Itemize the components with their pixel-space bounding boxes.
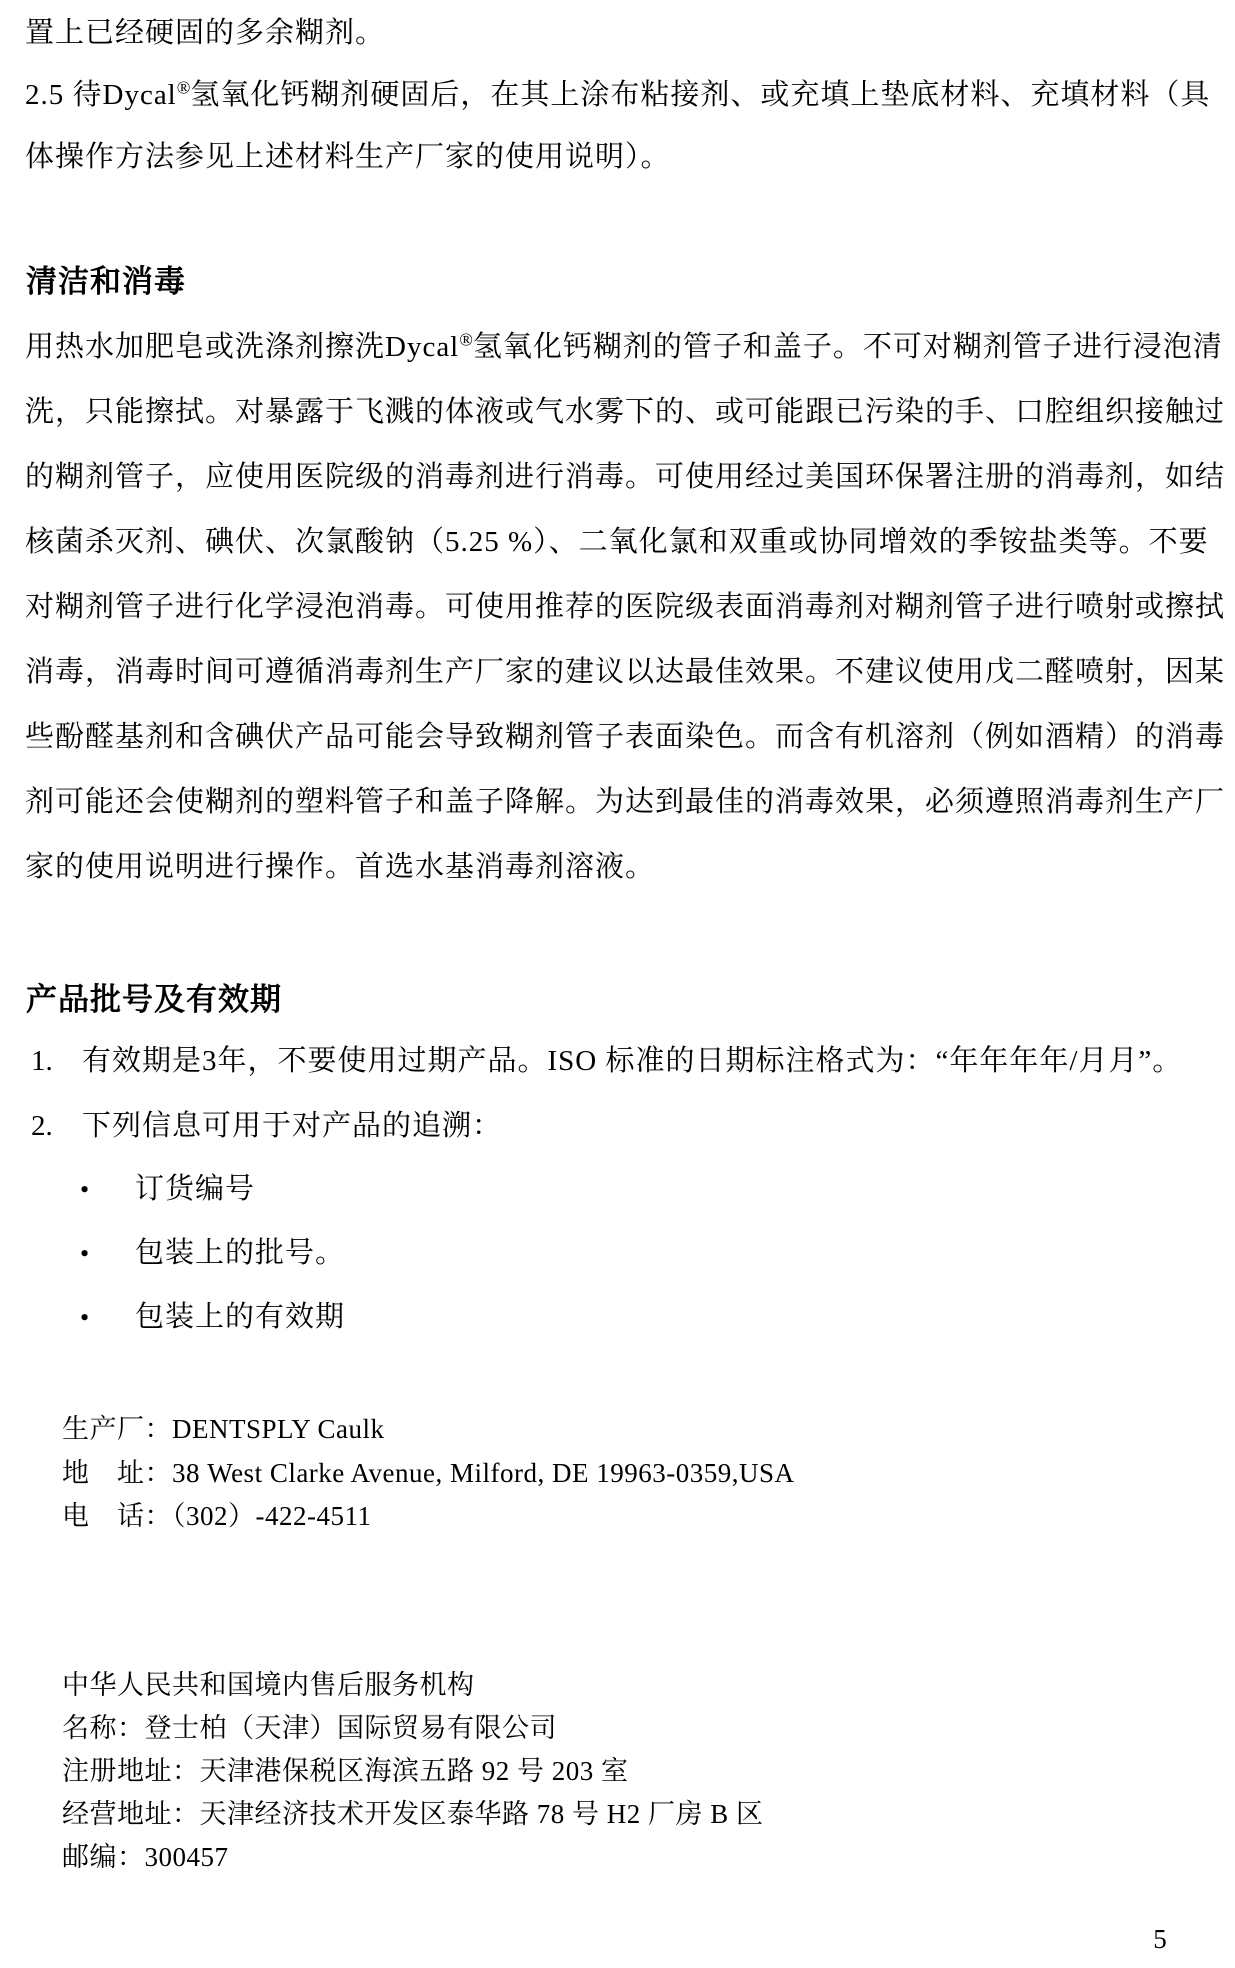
list-item-text: 下列信息可用于对产品的追溯：: [82, 1105, 1203, 1147]
paragraph-line: 用热水加肥皂或洗涤剂擦洗Dycal®氢氧化钙糊剂的管子和盖子。不可对糊剂管子进行…: [25, 326, 1203, 368]
bullet-text: 订货编号: [135, 1168, 255, 1210]
section-heading-lot: 产品批号及有效期: [26, 978, 282, 1022]
bullet-icon: •: [80, 1233, 98, 1275]
numbered-item: 2. 下列信息可用于对产品的追溯：: [25, 1105, 1203, 1147]
service-line: 注册地址：天津港保税区海滨五路 92 号 203 室: [62, 1752, 629, 1790]
manufacturer-line: 生产厂：DENTSPLY Caulk: [62, 1410, 385, 1448]
list-item-text: 有效期是3年，不要使用过期产品。ISO 标准的日期标注格式为：“年年年年/月月”…: [82, 1040, 1203, 1082]
bullet-item: • 包装上的有效期: [25, 1296, 345, 1339]
paragraph-line: 洗，只能擦拭。对暴露于飞溅的体液或气水雾下的、或可能跟已污染的手、口腔组织接触过: [25, 391, 1203, 433]
service-line: 中华人民共和国境内售后服务机构: [62, 1666, 475, 1704]
manufacturer-line: 地 址：38 West Clarke Avenue, Milford, DE 1…: [62, 1454, 795, 1492]
document-page: 置上已经硬固的多余糊剂。 2.5 待Dycal®氢氧化钙糊剂硬固后，在其上涂布粘…: [0, 0, 1235, 1968]
paragraph-line: 家的使用说明进行操作。首选水基消毒剂溶液。: [25, 846, 1203, 888]
paragraph-line: 置上已经硬固的多余糊剂。: [25, 12, 1203, 54]
page-number: 5: [1140, 1924, 1180, 1955]
list-item-marker: 1.: [25, 1040, 82, 1082]
service-line: 经营地址：天津经济技术开发区泰华路 78 号 H2 厂房 B 区: [62, 1795, 764, 1833]
service-line: 名称：登士柏（天津）国际贸易有限公司: [62, 1709, 557, 1747]
paragraph-line: 消毒，消毒时间可遵循消毒剂生产厂家的建议以达最佳效果。不建议使用戊二醛喷射，因某: [25, 651, 1203, 693]
paragraph-line: 2.5 待Dycal®氢氧化钙糊剂硬固后，在其上涂布粘接剂、或充填上垫底材料、充…: [25, 74, 1203, 116]
paragraph-line: 对糊剂管子进行化学浸泡消毒。可使用推荐的医院级表面消毒剂对糊剂管子进行喷射或擦拭: [25, 586, 1203, 628]
bullet-icon: •: [80, 1297, 98, 1339]
service-line: 邮编：300457: [62, 1838, 229, 1876]
bullet-item: • 订货编号: [25, 1168, 255, 1211]
bullet-text: 包装上的批号。: [135, 1232, 345, 1274]
paragraph-line: 体操作方法参见上述材料生产厂家的使用说明）。: [25, 136, 1203, 178]
section-heading-cleaning: 清洁和消毒: [26, 260, 186, 304]
bullet-text: 包装上的有效期: [135, 1296, 345, 1338]
paragraph-line: 剂可能还会使糊剂的塑料管子和盖子降解。为达到最佳的消毒效果，必须遵照消毒剂生产厂: [25, 781, 1203, 823]
paragraph-line: 核菌杀灭剂、碘伏、次氯酸钠（5.25 %）、二氧化氯和双重或协同增效的季铵盐类等…: [25, 521, 1203, 563]
list-item-marker: 2.: [25, 1105, 82, 1147]
numbered-item: 1. 有效期是3年，不要使用过期产品。ISO 标准的日期标注格式为：“年年年年/…: [25, 1040, 1203, 1082]
manufacturer-line: 电 话：（302）-422-4511: [62, 1497, 371, 1535]
paragraph-line: 些酚醛基剂和含碘伏产品可能会导致糊剂管子表面染色。而含有机溶剂（例如酒精）的消毒: [25, 716, 1203, 758]
paragraph-line: 的糊剂管子，应使用医院级的消毒剂进行消毒。可使用经过美国环保署注册的消毒剂，如结: [25, 456, 1203, 498]
bullet-icon: •: [80, 1169, 98, 1211]
bullet-item: • 包装上的批号。: [25, 1232, 345, 1275]
